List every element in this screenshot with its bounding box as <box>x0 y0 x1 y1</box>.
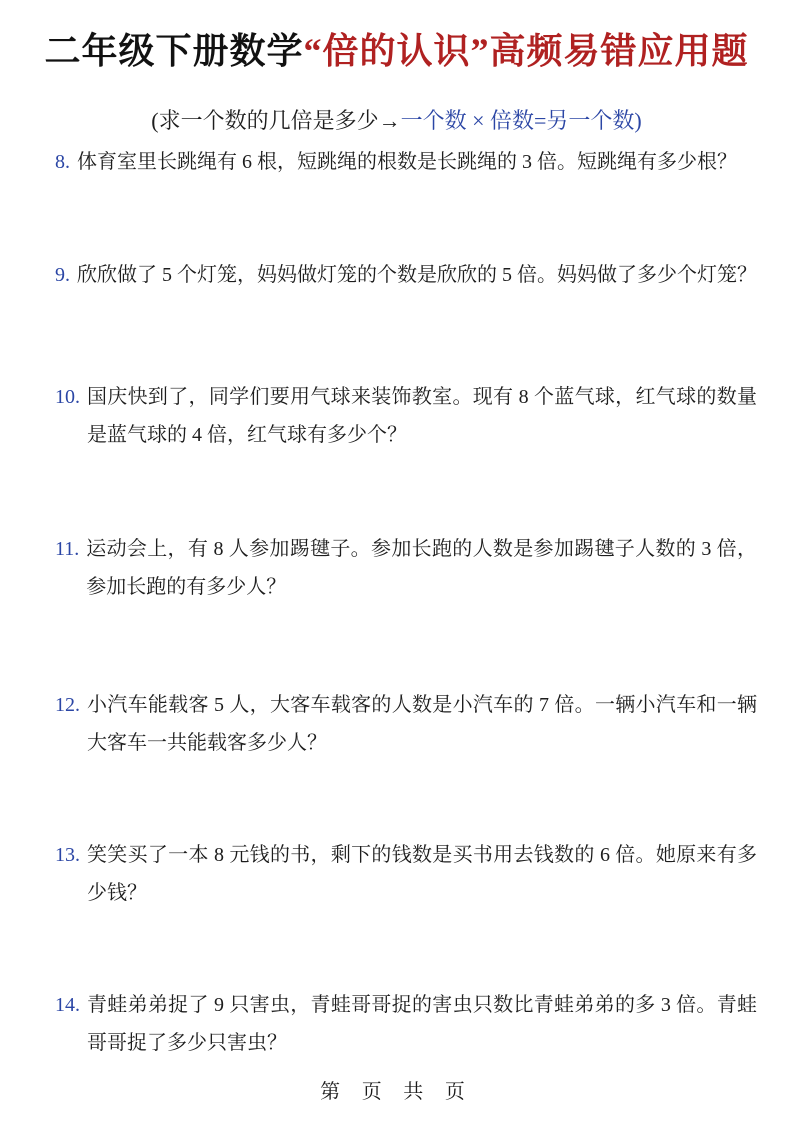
worksheet-page: 二年级下册数学“倍的认识”高频易错应用题 (求一个数的几倍是多少→一个数 × 倍… <box>0 0 793 1122</box>
problem-number: 14. <box>55 986 87 1024</box>
problem-text: 青蛙弟弟捉了 9 只害虫，青蛙哥哥捉的害虫只数比青蛙弟弟的多 3 倍。青蛙哥哥捉… <box>87 986 757 1062</box>
problem-item-8: 8. 体育室里长跳绳有 6 根，短跳绳的根数是长跳绳的 3 倍。短跳绳有多少根？ <box>55 143 757 256</box>
problem-text: 欣欣做了 5 个灯笼，妈妈做灯笼的个数是欣欣的 5 倍。妈妈做了多少个灯笼？ <box>77 256 757 294</box>
problem-number: 9. <box>55 256 77 294</box>
page-title: 二年级下册数学“倍的认识”高频易错应用题 <box>34 28 759 75</box>
problem-text: 笑笑买了一本 8 元钱的书，剩下的钱数是买书用去钱数的 6 倍。她原来有多少钱？ <box>87 836 757 912</box>
title-red-quoted-segment: “倍的认识” <box>303 31 489 71</box>
problem-text: 小汽车能载客 5 人，大客车载客的人数是小汽车的 7 倍。一辆小汽车和一辆大客车… <box>87 686 757 762</box>
formula-highlight: 一个数 × 倍数=另一个数) <box>401 108 642 133</box>
problem-item-13: 13. 笑笑买了一本 8 元钱的书，剩下的钱数是买书用去钱数的 6 倍。她原来有… <box>55 836 757 986</box>
problem-number: 12. <box>55 686 87 724</box>
problem-number: 8. <box>55 143 77 181</box>
problem-item-9: 9. 欣欣做了 5 个灯笼，妈妈做灯笼的个数是欣欣的 5 倍。妈妈做了多少个灯笼… <box>55 256 757 378</box>
problem-item-10: 10. 国庆快到了，同学们要用气球来装饰教室。现有 8 个蓝气球，红气球的数量是… <box>55 378 757 530</box>
title-black-segment: 二年级下册数学 <box>44 31 303 71</box>
formula-hint-prefix: (求一个数的几倍是多少→ <box>151 108 400 133</box>
problem-item-14: 14. 青蛙弟弟捉了 9 只害虫，青蛙哥哥捉的害虫只数比青蛙弟弟的多 3 倍。青… <box>55 986 757 1074</box>
problem-text: 国庆快到了，同学们要用气球来装饰教室。现有 8 个蓝气球，红气球的数量是蓝气球的… <box>87 378 757 454</box>
problem-item-12: 12. 小汽车能载客 5 人，大客车载客的人数是小汽车的 7 倍。一辆小汽车和一… <box>55 686 757 836</box>
problem-text: 体育室里长跳绳有 6 根，短跳绳的根数是长跳绳的 3 倍。短跳绳有多少根？ <box>77 143 757 181</box>
problem-text: 运动会上，有 8 人参加踢毽子。参加长跑的人数是参加踢毽子人数的 3 倍，参加长… <box>86 530 757 606</box>
problem-list: 8. 体育室里长跳绳有 6 根，短跳绳的根数是长跳绳的 3 倍。短跳绳有多少根？… <box>34 143 759 1074</box>
formula-hint-line: (求一个数的几倍是多少→一个数 × 倍数=另一个数) <box>34 107 759 136</box>
problem-number: 11. <box>55 530 86 568</box>
problem-number: 10. <box>55 378 87 416</box>
problem-number: 13. <box>55 836 87 874</box>
title-red-main-segment: 高频易错应用题 <box>490 31 749 71</box>
problem-item-11: 11. 运动会上，有 8 人参加踢毽子。参加长跑的人数是参加踢毽子人数的 3 倍… <box>55 530 757 686</box>
page-footer: 第 页 共 页 <box>0 1075 793 1104</box>
